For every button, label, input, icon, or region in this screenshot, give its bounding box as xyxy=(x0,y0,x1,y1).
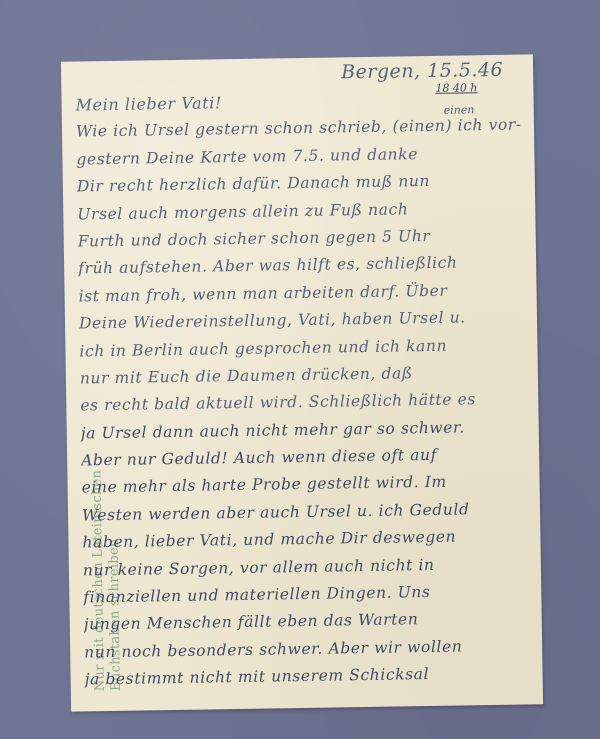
postcard: Nur mit deutschen Lateinischen Buchstabe… xyxy=(61,54,543,711)
letter-line: ja bestimmt nicht mit unserem Schicksal xyxy=(84,660,532,694)
place-date: Bergen, 15.5.46 xyxy=(341,59,503,84)
letter-body: Mein lieber Vati! Wie ich Ursel gestern … xyxy=(75,84,532,694)
